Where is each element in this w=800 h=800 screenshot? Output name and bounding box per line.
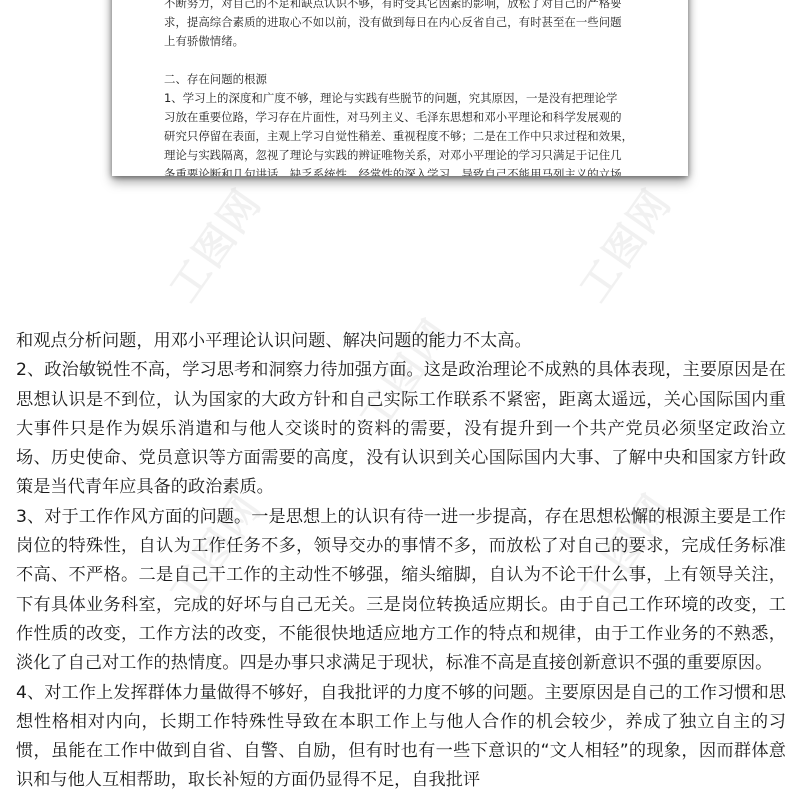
- preview-line: 求，提高综合素质的进取心不如以前，没有做到每日在内心反省自己，有时甚至在一些问题: [164, 13, 644, 32]
- preview-line: 研究只停留在表面，主观上学习自觉性稍差、重视程度不够；二是在工作中只求过程和效果…: [164, 127, 644, 146]
- preview-line: 上有骄傲情绪。: [164, 32, 644, 51]
- body-paragraph: 4、对工作上发挥群体力量做得不够好，自我批评的力度不够的问题。主要原因是自己的工…: [16, 679, 786, 796]
- preview-text: 不断努力，对自己的不足和缺点认识不够，有时受其它因素的影响，放松了对自己的严格要…: [164, 0, 644, 176]
- preview-line: 习放在重要位路，学习存在片面性，对马列主义、毛泽东思想和邓小平理论和科学发展观的: [164, 108, 644, 127]
- paragraph-gap: [164, 51, 644, 70]
- preview-line: 1、学习上的深度和广度不够，理论与实践有些脱节的问题，究其原因，一是没有把理论学: [164, 89, 644, 108]
- preview-line: 理论与实践隔离，忽视了理论与实践的辨证唯物关系，对邓小平理论的学习只满足于记住几: [164, 146, 644, 165]
- preview-line: 不断努力，对自己的不足和缺点认识不够，有时受其它因素的影响，放松了对自己的严格要: [164, 0, 644, 13]
- document-preview-card: 不断努力，对自己的不足和缺点认识不够，有时受其它因素的影响，放松了对自己的严格要…: [112, 0, 688, 176]
- body-paragraph: 和观点分析问题，用邓小平理论认识问题、解决问题的能力不太高。: [16, 327, 786, 356]
- section-heading: 二、存在问题的根源: [164, 70, 644, 89]
- document-body: 和观点分析问题，用邓小平理论认识问题、解决问题的能力不太高。 2、政治敏锐性不高…: [16, 327, 786, 796]
- preview-line: 条重要论断和几句讲话，缺乏系统性、经常性的深入学习，导致自己不能用马列主义的立场: [164, 165, 644, 176]
- watermark: 工图网: [154, 176, 273, 312]
- body-paragraph: 2、政治敏锐性不高，学习思考和洞察力待加强方面。这是政治理论不成熟的具体表现，主…: [16, 356, 786, 502]
- watermark: 工图网: [564, 176, 683, 312]
- body-paragraph: 3、对于工作作风方面的问题。一是思想上的认识有待一进一步提高，存在思想松懈的根源…: [16, 503, 786, 679]
